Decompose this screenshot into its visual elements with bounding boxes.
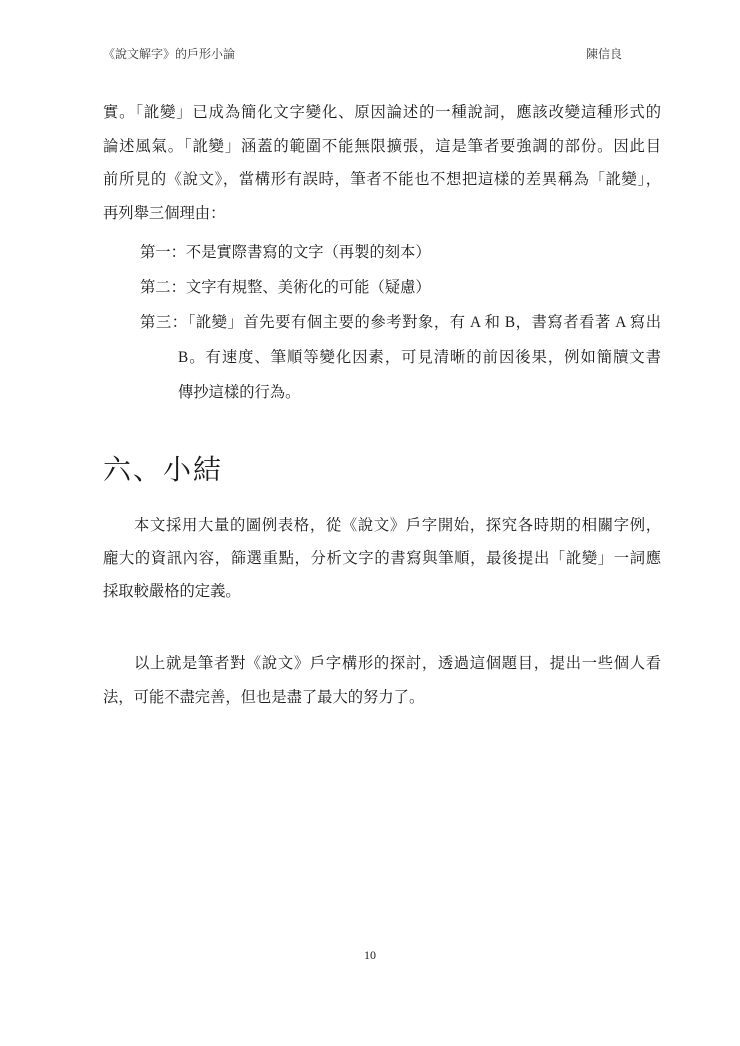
text-line: 採取較嚴格的定義。 (103, 575, 661, 608)
text-line: 第三：「訛變」首先要有個主要的參考對象，有 A 和 B，書寫者看著 A 寫出 (103, 305, 661, 340)
page-header: 《說文解字》的戶形小論 陳信良 (103, 46, 661, 62)
text-line: 以上就是筆者對《說文》戶字構形的探討，透過這個題目，提出一些個人看 (103, 647, 661, 681)
text-line: 實。「訛變」已成為簡化文字變化、原因論述的一種說詞，應該改變這種形式的 (103, 96, 661, 130)
document-page: 《說文解字》的戶形小論 陳信良 實。「訛變」已成為簡化文字變化、原因論述的一種說… (0, 0, 740, 1046)
text-line: 法，可能不盡完善，但也是盡了最大的努力了。 (103, 681, 661, 715)
text-line: B。有速度、筆順等變化因素，可見清晰的前因後果，例如簡牘文書 (103, 340, 661, 375)
reason-item: 第一：不是實際書寫的文字（再製的刻本） (103, 235, 661, 270)
header-document-title: 《說文解字》的戶形小論 (103, 46, 235, 62)
text-line: 第二：文字有規整、美術化的可能（疑慮） (103, 270, 661, 305)
header-author-name: 陳信良 (586, 46, 661, 62)
page-number: 10 (0, 948, 740, 963)
text-line: 前所見的《說文》，當構形有誤時，筆者不能也不想把這樣的差異稱為「訛變」， (103, 163, 661, 197)
text-line: 龐大的資訊內容，篩選重點，分析文字的書寫與筆順，最後提出「訛變」一詞應 (103, 542, 661, 575)
paragraph-closing: 以上就是筆者對《說文》戶字構形的探討，透過這個題目，提出一些個人看法，可能不盡完… (103, 647, 661, 715)
section-heading: 六、小結 (103, 451, 223, 491)
paragraph-summary: 本文採用大量的圖例表格，從《說文》戶字開始，探究各時期的相關字例，龐大的資訊內容… (103, 509, 661, 608)
text-line: 再列舉三個理由： (103, 197, 661, 231)
reasons-list: 第一：不是實際書寫的文字（再製的刻本）第二：文字有規整、美術化的可能（疑慮）第三… (103, 235, 661, 410)
paragraph-main: 實。「訛變」已成為簡化文字變化、原因論述的一種說詞，應該改變這種形式的論述風氣。… (103, 96, 661, 230)
text-line: 本文採用大量的圖例表格，從《說文》戶字開始，探究各時期的相關字例， (103, 509, 661, 542)
reason-item: 第二：文字有規整、美術化的可能（疑慮） (103, 270, 661, 305)
reason-item: 第三：「訛變」首先要有個主要的參考對象，有 A 和 B，書寫者看著 A 寫出B。… (103, 305, 661, 410)
text-line: 傳抄這樣的行為。 (103, 375, 661, 410)
text-line: 論述風氣。「訛變」涵蓋的範圍不能無限擴張，這是筆者要強調的部份。因此目 (103, 130, 661, 164)
text-line: 第一：不是實際書寫的文字（再製的刻本） (103, 235, 661, 270)
